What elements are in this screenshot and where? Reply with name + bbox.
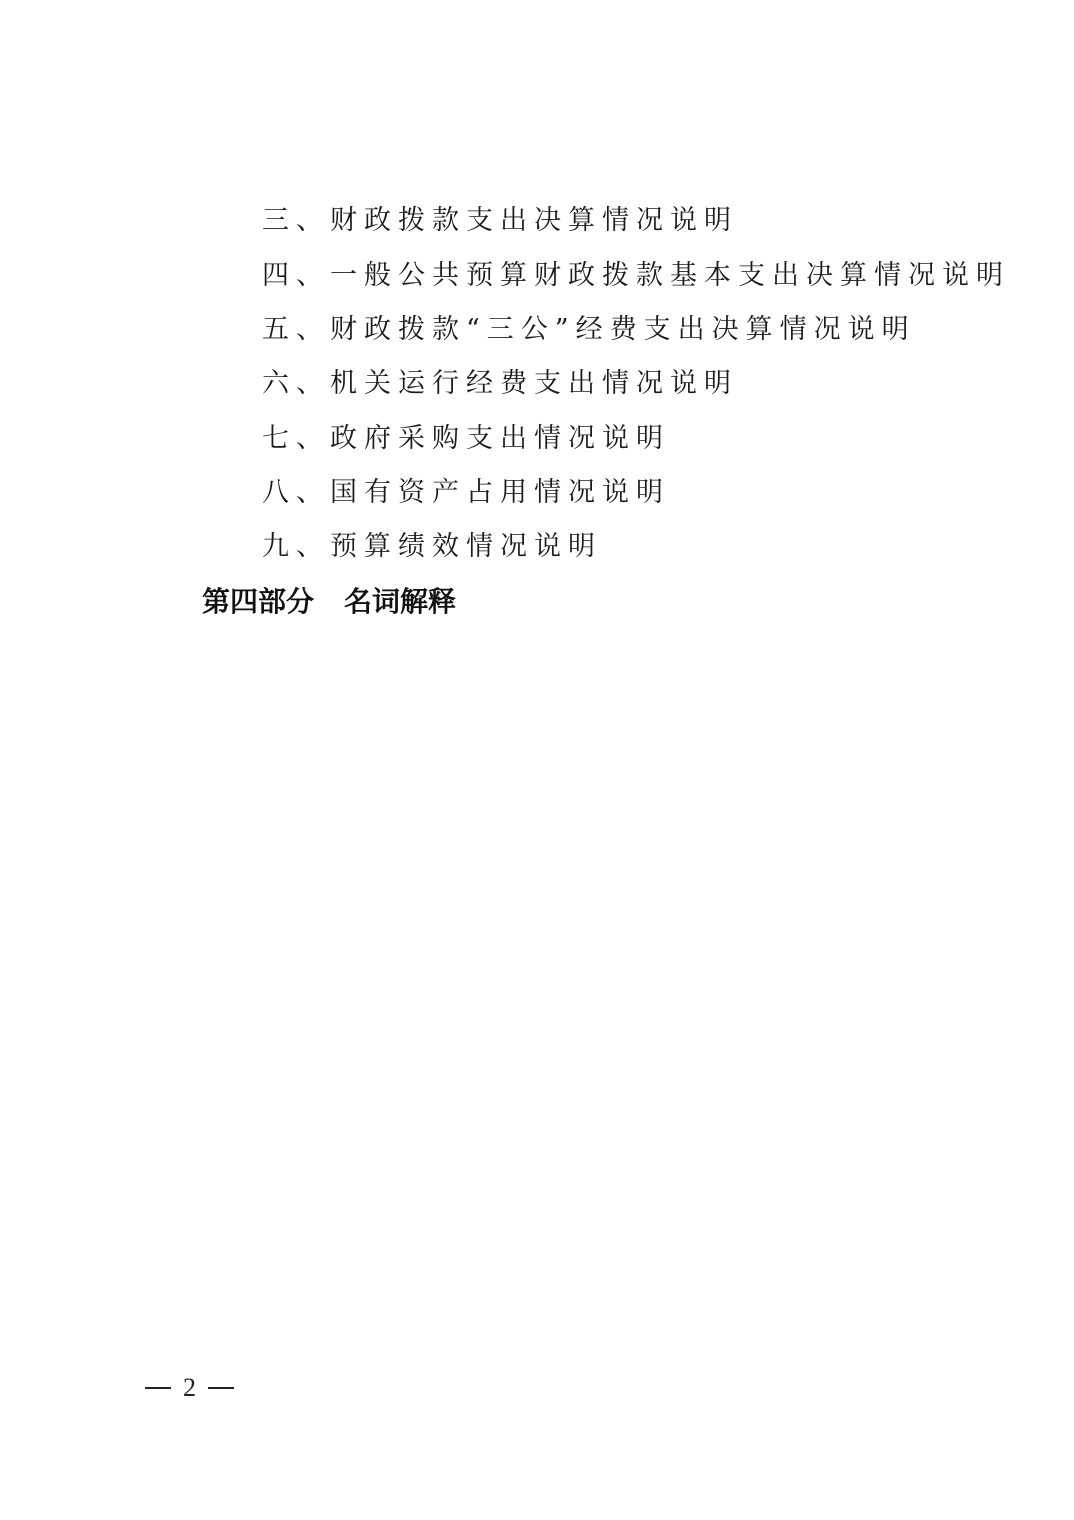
toc-item: 六、机关运行经费支出情况说明 <box>262 368 738 400</box>
dash-right <box>208 1387 234 1389</box>
page-number: 2 <box>145 1373 234 1403</box>
document-page: 三、财政拨款支出决算情况说明 四、一般公共预算财政拨款基本支出决算情况说明 五、… <box>0 0 1074 1520</box>
toc-item: 七、政府采购支出情况说明 <box>262 423 670 455</box>
part-number: 第四部分 <box>202 585 314 618</box>
toc-item: 三、财政拨款支出决算情况说明 <box>262 205 738 237</box>
dash-left <box>145 1387 171 1389</box>
toc-item: 八、国有资产占用情况说明 <box>262 477 670 509</box>
part-title: 名词解释 <box>344 585 456 618</box>
toc-item: 四、一般公共预算财政拨款基本支出决算情况说明 <box>262 260 1010 292</box>
page-number-value: 2 <box>183 1373 196 1403</box>
part-heading: 第四部分名词解释 <box>202 586 456 618</box>
toc-item: 九、预算绩效情况说明 <box>262 531 602 563</box>
toc-item: 五、财政拨款“三公”经费支出决算情况说明 <box>262 314 916 346</box>
